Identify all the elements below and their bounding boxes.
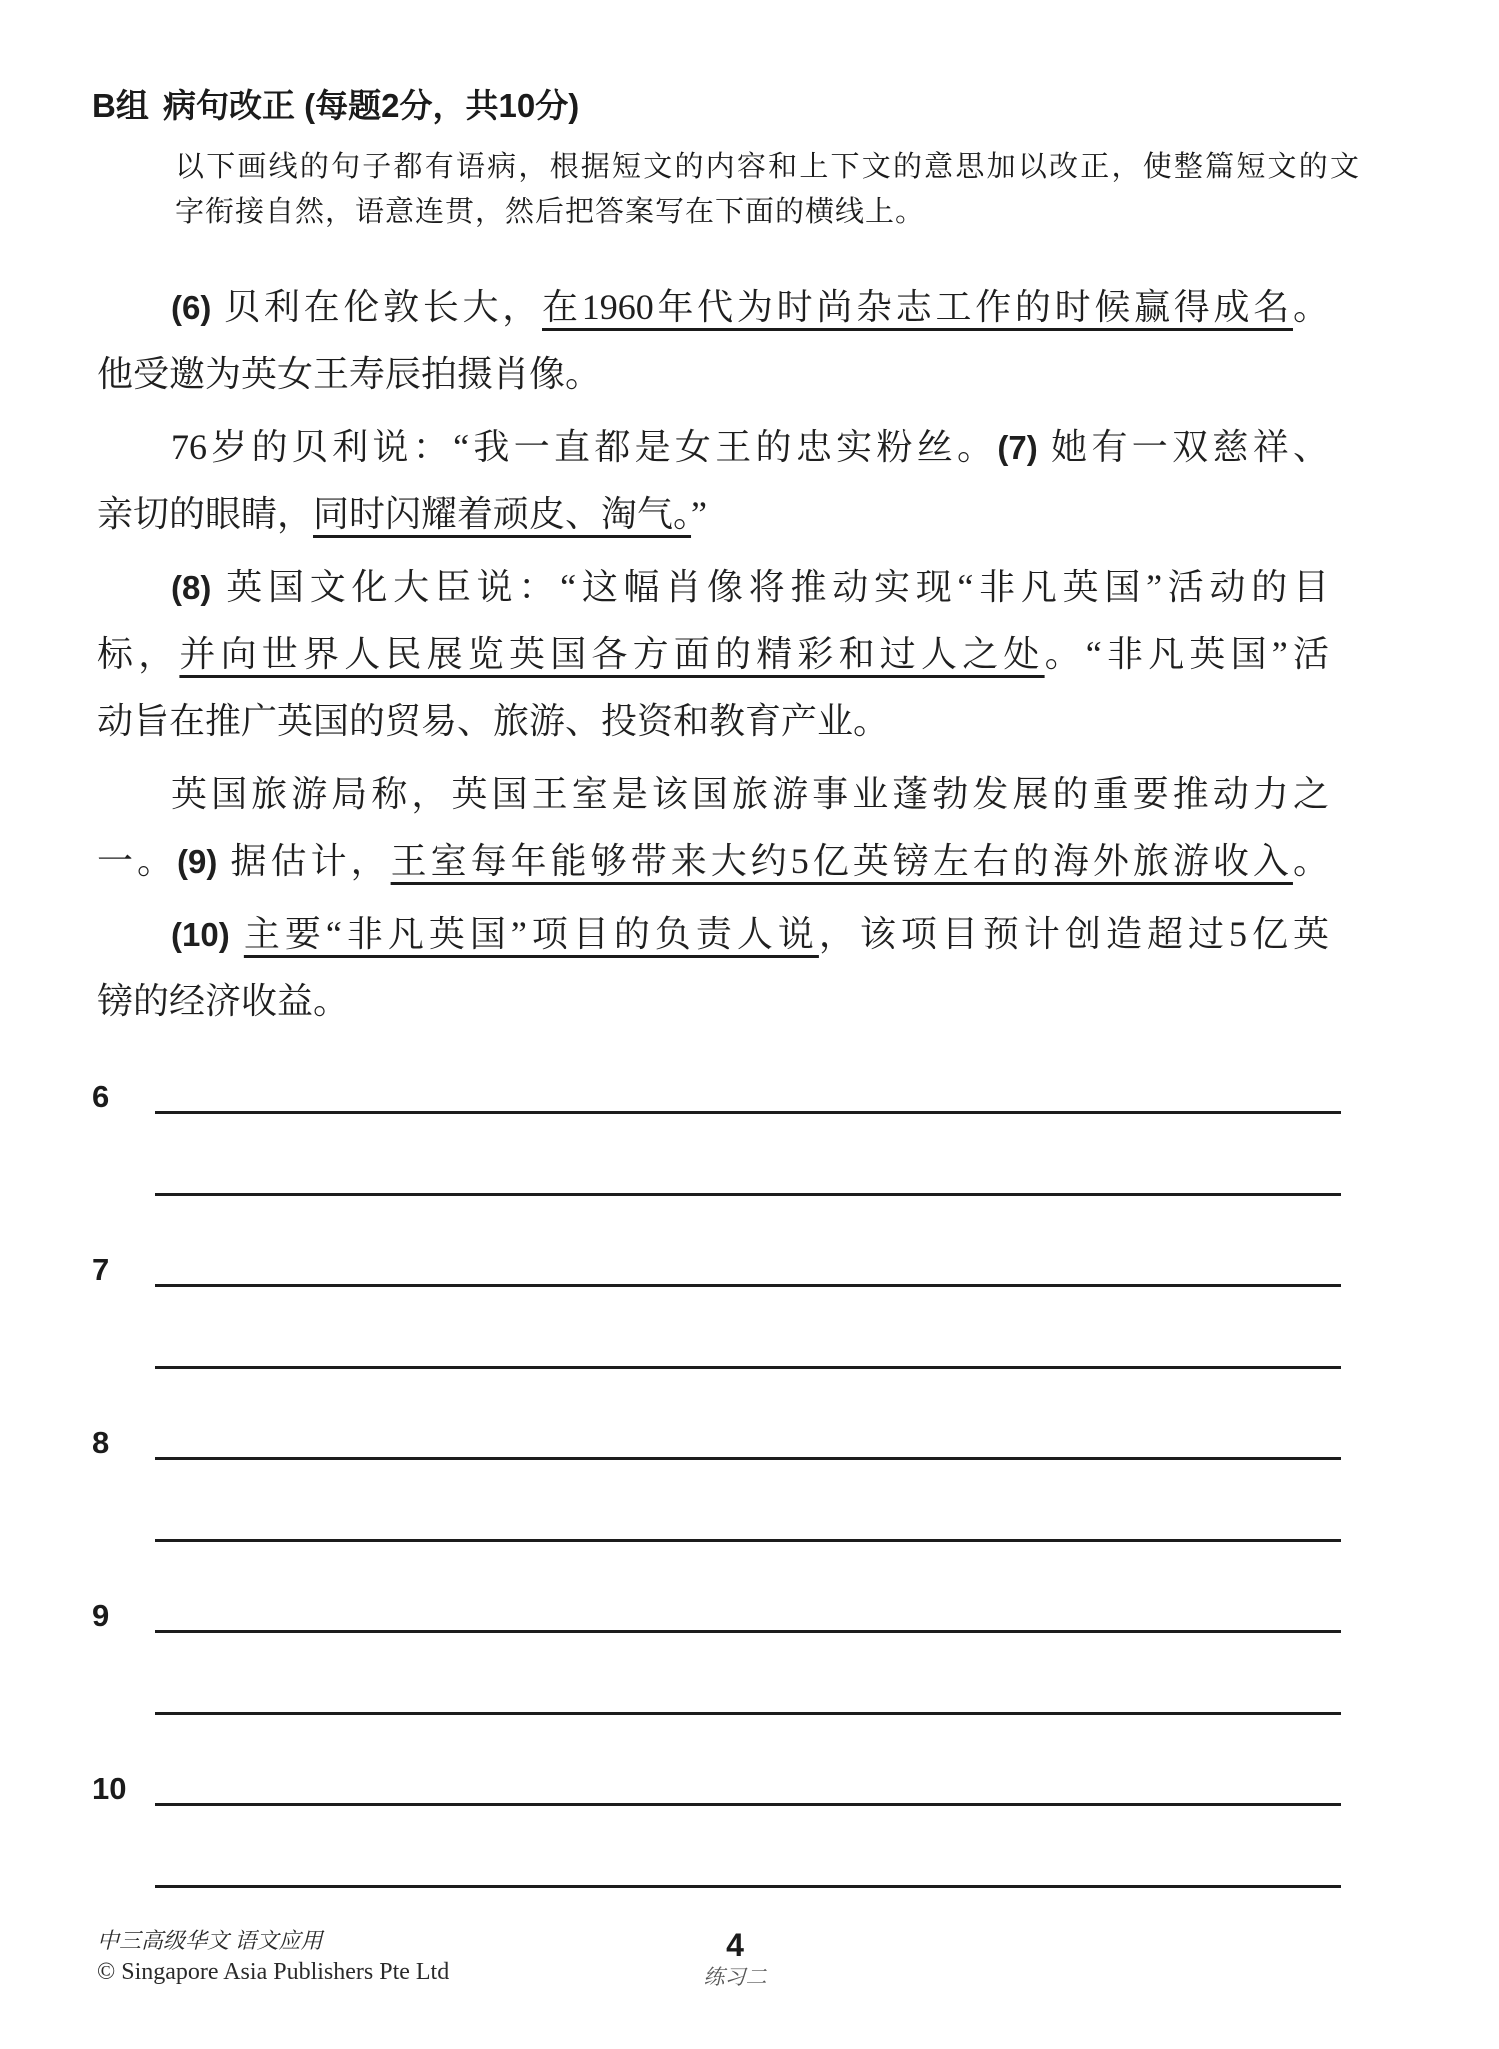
text-segment: 英国旅游局称，英国王室是该国旅游事业蓬勃发展的重要推动力之 bbox=[171, 774, 1329, 814]
exercise-label: 练习二 bbox=[0, 1962, 1470, 1992]
instruction-line: 以下画线的句子都有语病，根据短文的内容和上下文的意思加以改正，使整篇短文的文 bbox=[175, 145, 1360, 190]
question-number: (6) bbox=[171, 289, 224, 326]
text-segment: 动旨在推广英国的贸易、旅游、投资和教育产业。 bbox=[97, 701, 889, 741]
paragraph: (6) 贝利在伦敦长大，在1960年代为时尚杂志工作的时候赢得成名。他受邀为英女… bbox=[97, 274, 1329, 408]
question-number: (7) bbox=[997, 429, 1051, 466]
text-segment: 。 bbox=[1293, 287, 1329, 327]
answer-line[interactable] bbox=[155, 1193, 1341, 1196]
passage-line: (8) 英国文化大臣说：“这幅肖像将推动实现“非凡英国”活动的目 bbox=[97, 554, 1329, 621]
answer-section: 678910 bbox=[92, 1080, 1347, 1945]
paragraph: (8) 英国文化大臣说：“这幅肖像将推动实现“非凡英国”活动的目标，并向世界人民… bbox=[97, 554, 1329, 755]
underlined-segment: 王室每年能够带来大约5亿英镑左右的海外旅游收入 bbox=[391, 841, 1293, 881]
answer-line[interactable] bbox=[155, 1712, 1341, 1715]
underlined-segment: 并向世界人民展览英国各方面的精彩和过人之处 bbox=[179, 634, 1044, 674]
worksheet-page: B组病句改正 (每题2分，共10分) 以下画线的句子都有语病，根据短文的内容和上… bbox=[0, 0, 1499, 2049]
passage-line: (6) 贝利在伦敦长大，在1960年代为时尚杂志工作的时候赢得成名。 bbox=[97, 274, 1329, 341]
instructions: 以下画线的句子都有语病，根据短文的内容和上下文的意思加以改正，使整篇短文的文字衔… bbox=[175, 145, 1360, 235]
text-segment: 。“非凡英国”活 bbox=[1045, 634, 1329, 674]
passage-line: 一。(9) 据估计，王室每年能够带来大约5亿英镑左右的海外旅游收入。 bbox=[97, 828, 1329, 895]
text-segment: 76岁的贝利说：“我一直都是女王的忠实粉丝。 bbox=[171, 427, 997, 467]
text-segment: 亲切的眼睛， bbox=[97, 494, 313, 534]
answer-number: 9 bbox=[92, 1599, 109, 1633]
text-segment: 。 bbox=[1293, 841, 1329, 881]
instruction-line: 字衔接自然，语意连贯，然后把答案写在下面的横线上。 bbox=[175, 190, 1360, 235]
text-segment: ，该项目预计创造超过5亿英 bbox=[819, 914, 1329, 954]
text-segment: 据估计， bbox=[231, 841, 391, 881]
text-segment: 他受邀为英女王寿辰拍摄肖像。 bbox=[97, 354, 601, 394]
answer-line[interactable] bbox=[155, 1366, 1341, 1369]
answer-line[interactable] bbox=[155, 1111, 1341, 1114]
answer-line[interactable] bbox=[155, 1630, 1341, 1633]
answer-item: 9 bbox=[92, 1599, 1347, 1772]
answer-line[interactable] bbox=[155, 1457, 1341, 1460]
text-segment: 她有一双慈祥、 bbox=[1051, 427, 1329, 467]
passage-line: (10) 主要“非凡英国”项目的负责人说，该项目预计创造超过5亿英 bbox=[97, 901, 1329, 968]
text-segment: 一。 bbox=[97, 841, 177, 881]
passage-text: (6) 贝利在伦敦长大，在1960年代为时尚杂志工作的时候赢得成名。他受邀为英女… bbox=[97, 274, 1329, 1041]
question-number: (10) bbox=[171, 916, 244, 953]
answer-item: 7 bbox=[92, 1253, 1347, 1426]
underlined-segment: 主要“非凡英国”项目的负责人说 bbox=[244, 914, 819, 954]
text-segment: ” bbox=[691, 494, 707, 534]
answer-number: 6 bbox=[92, 1080, 109, 1114]
passage-line: 镑的经济收益。 bbox=[97, 968, 1329, 1035]
passage-line: 76岁的贝利说：“我一直都是女王的忠实粉丝。(7) 她有一双慈祥、 bbox=[97, 414, 1329, 481]
answer-item: 8 bbox=[92, 1426, 1347, 1599]
answer-line[interactable] bbox=[155, 1539, 1341, 1542]
answer-number: 10 bbox=[92, 1772, 126, 1806]
answer-line[interactable] bbox=[155, 1284, 1341, 1287]
text-segment: 标， bbox=[97, 634, 179, 674]
answer-line[interactable] bbox=[155, 1803, 1341, 1806]
text-segment: 英国文化大臣说：“这幅肖像将推动实现“非凡英国”活动的目 bbox=[226, 567, 1329, 607]
answer-item: 10 bbox=[92, 1772, 1347, 1945]
page-number: 4 bbox=[0, 1928, 1470, 1962]
passage-line: 亲切的眼睛，同时闪耀着顽皮、淘气。” bbox=[97, 481, 1329, 548]
section-title: 病句改正 (每题2分，共10分) bbox=[163, 87, 579, 124]
passage-line: 动旨在推广英国的贸易、旅游、投资和教育产业。 bbox=[97, 688, 1329, 755]
answer-line[interactable] bbox=[155, 1885, 1341, 1888]
answer-number: 8 bbox=[92, 1426, 109, 1460]
section-label: B组 bbox=[92, 88, 163, 124]
passage-line: 英国旅游局称，英国王室是该国旅游事业蓬勃发展的重要推动力之 bbox=[97, 761, 1329, 828]
passage-line: 他受邀为英女王寿辰拍摄肖像。 bbox=[97, 341, 1329, 408]
text-segment: 镑的经济收益。 bbox=[97, 981, 349, 1021]
text-segment: 贝利在伦敦长大， bbox=[224, 287, 542, 327]
paragraph: 英国旅游局称，英国王室是该国旅游事业蓬勃发展的重要推动力之一。(9) 据估计，王… bbox=[97, 761, 1329, 895]
underlined-segment: 在1960年代为时尚杂志工作的时候赢得成名 bbox=[542, 287, 1293, 327]
question-number: (8) bbox=[171, 569, 226, 606]
passage-line: 标，并向世界人民展览英国各方面的精彩和过人之处。“非凡英国”活 bbox=[97, 621, 1329, 688]
underlined-segment: 同时闪耀着顽皮、淘气。 bbox=[313, 494, 691, 534]
section-header: B组病句改正 (每题2分，共10分) bbox=[92, 88, 579, 124]
answer-number: 7 bbox=[92, 1253, 109, 1287]
question-number: (9) bbox=[177, 843, 231, 880]
paragraph: (10) 主要“非凡英国”项目的负责人说，该项目预计创造超过5亿英镑的经济收益。 bbox=[97, 901, 1329, 1035]
paragraph: 76岁的贝利说：“我一直都是女王的忠实粉丝。(7) 她有一双慈祥、亲切的眼睛，同… bbox=[97, 414, 1329, 548]
footer-center: 4 练习二 bbox=[0, 1928, 1470, 1992]
answer-item: 6 bbox=[92, 1080, 1347, 1253]
